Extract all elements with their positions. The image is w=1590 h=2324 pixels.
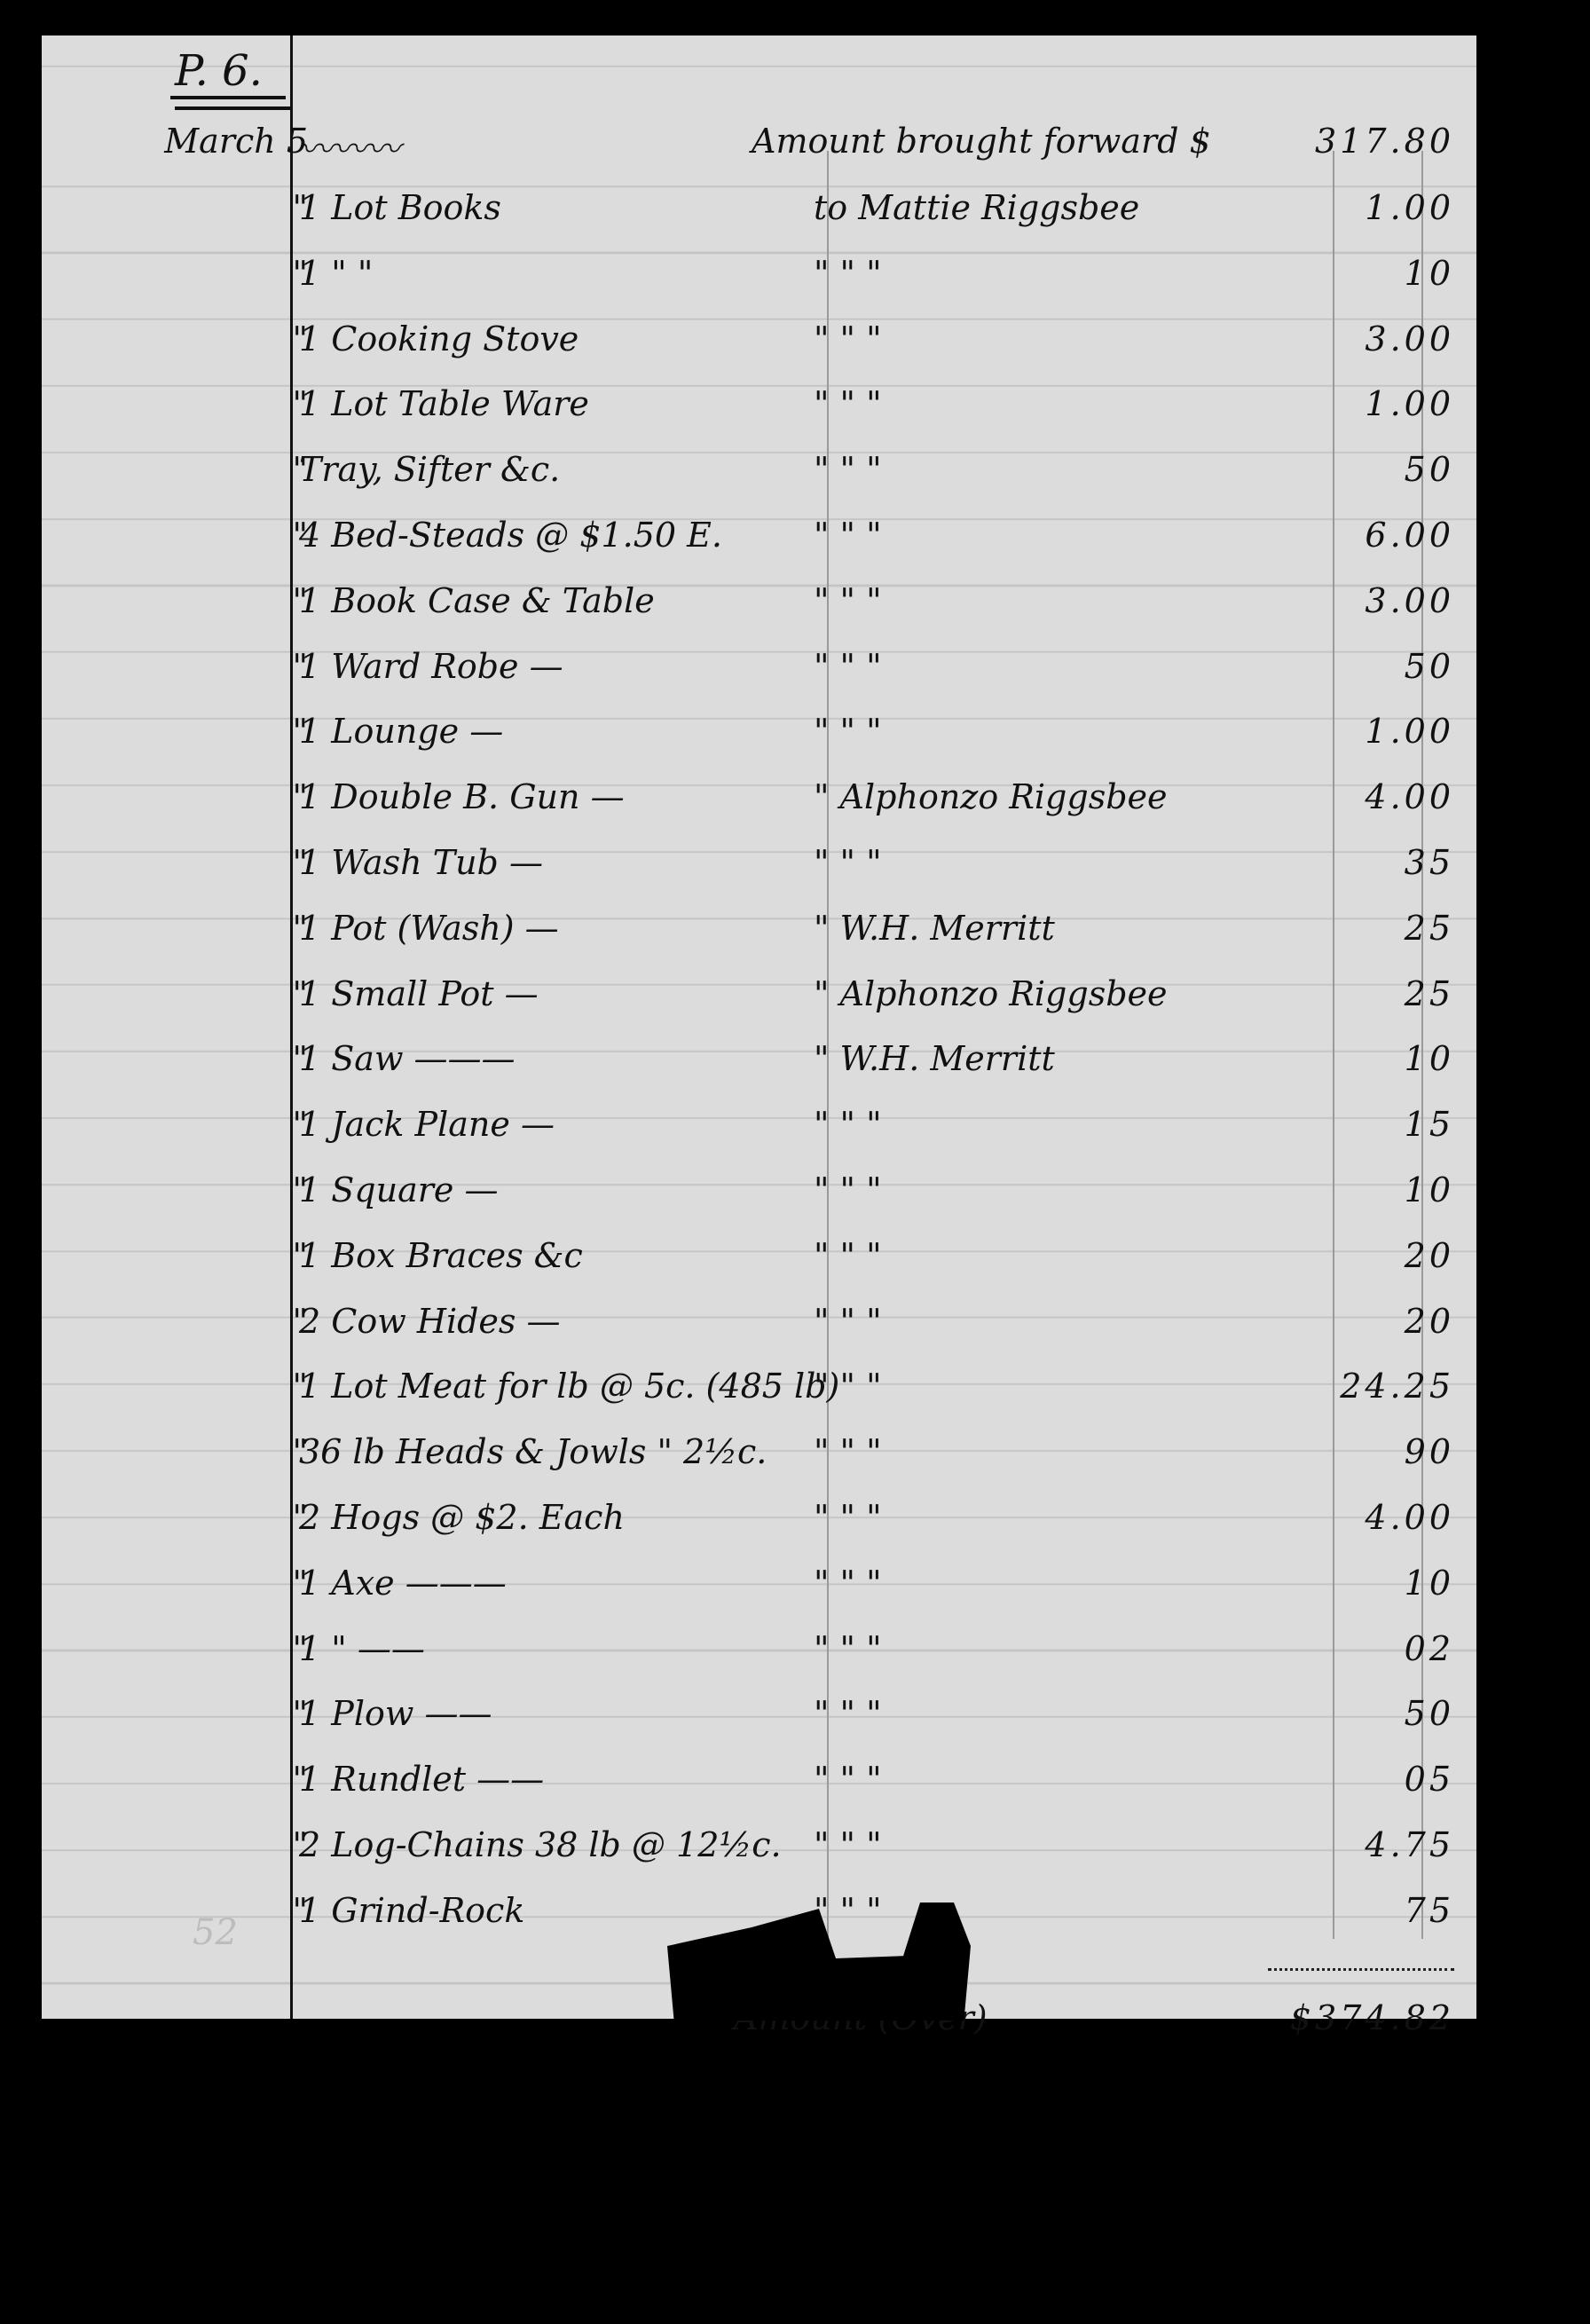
row-amount: 90 [1277, 1432, 1454, 1471]
row-buyer: " " " [814, 450, 1293, 489]
row-amount: 24.25 [1277, 1367, 1454, 1406]
row-amount: 3.00 [1277, 581, 1454, 620]
row-description: 1 Axe ——— [299, 1564, 507, 1603]
row-amount: 50 [1277, 1694, 1454, 1733]
row-date: " [95, 1629, 308, 1668]
row-date: " [95, 1694, 308, 1733]
row-buyer: " " " [814, 581, 1293, 620]
row-amount: 05 [1277, 1760, 1454, 1799]
ledger-row: "1 Lot Table Ware" " "1.00 [42, 374, 1476, 439]
row-date: " [95, 1236, 308, 1275]
row-amount: 50 [1277, 450, 1454, 489]
row-amount: 4.00 [1277, 1498, 1454, 1537]
row-description: 2 Hogs @ $2. Each [299, 1498, 625, 1537]
row-buyer: " " " [814, 647, 1293, 686]
header-description: Amount brought forward $ [752, 122, 1231, 161]
ledger-row: "1 Book Case & Table" " "3.00 [42, 571, 1476, 636]
row-amount: 75 [1277, 1891, 1454, 1930]
header-date: March 5 [95, 122, 308, 161]
row-amount: 25 [1277, 909, 1454, 948]
row-description: 1 " " [299, 254, 373, 293]
ledger-row: "Tray, Sifter &c." " "50 [42, 439, 1476, 505]
total-amount: $374.82 [1277, 1998, 1454, 2037]
row-description: 1 Jack Plane — [299, 1105, 555, 1144]
row-buyer: " " " [814, 254, 1293, 293]
row-buyer: " " " [814, 1564, 1293, 1603]
row-date: " [95, 843, 308, 882]
row-date: " [95, 319, 308, 358]
row-date: " [95, 1825, 308, 1864]
ledger-page: P. 6. March 5 〰〰〰 Amount brought forward… [42, 35, 1476, 2019]
row-date: " [95, 1367, 308, 1406]
ledger-row: "1 Lot Meat for lb @ 5c. (485 lb)" " "24… [42, 1356, 1476, 1422]
row-amount: 10 [1277, 1564, 1454, 1603]
row-amount: 4.00 [1277, 777, 1454, 816]
ledger-row: "1 Plow ——" " "50 [42, 1683, 1476, 1749]
row-buyer: " " " [814, 1302, 1293, 1341]
ledger-row: "1 Wash Tub —" " "35 [42, 832, 1476, 898]
row-date: " [95, 712, 308, 751]
row-buyer: " Alphonzo Riggsbee [814, 974, 1293, 1013]
row-description: 4 Bed-Steads @ $1.50 E. [299, 516, 722, 555]
row-amount: 20 [1277, 1302, 1454, 1341]
row-amount: 3.00 [1277, 319, 1454, 358]
row-date: " [95, 1564, 308, 1603]
row-amount: 6.00 [1277, 516, 1454, 555]
row-description: 1 Lounge — [299, 712, 503, 751]
row-buyer: " " " [814, 1170, 1293, 1209]
total-rule [1268, 1966, 1454, 1971]
ledger-row: "1 Pot (Wash) —" W.H. Merritt25 [42, 898, 1476, 964]
row-amount: 25 [1277, 974, 1454, 1013]
row-buyer: " " " [814, 843, 1293, 882]
ledger-row: "1 Double B. Gun —" Alphonzo Riggsbee4.0… [42, 767, 1476, 832]
row-buyer: " " " [814, 1367, 1293, 1406]
row-date: " [95, 777, 308, 816]
ledger-row: "1 Square —" " "10 [42, 1160, 1476, 1225]
row-date: " [95, 450, 308, 489]
row-date: " [95, 647, 308, 686]
row-date: " [95, 384, 308, 423]
row-buyer: " W.H. Merritt [814, 1039, 1293, 1078]
row-buyer: " " " [814, 712, 1293, 751]
row-description: 1 Rundlet —— [299, 1760, 544, 1799]
row-buyer: " " " [814, 319, 1293, 358]
row-buyer: " " " [814, 1629, 1293, 1668]
row-description: 1 Wash Tub — [299, 843, 543, 882]
row-buyer: " " " [814, 1825, 1293, 1864]
page-number-underline [175, 106, 290, 110]
page-number-underline [170, 96, 286, 99]
row-description: 1 Double B. Gun — [299, 777, 625, 816]
ledger-row: "1 Small Pot —" Alphonzo Riggsbee25 [42, 964, 1476, 1029]
ledger-row: "1 Lounge —" " "1.00 [42, 701, 1476, 767]
row-description: 1 Grind-Rock [299, 1891, 524, 1930]
ledger-row: "1 Saw ———" W.H. Merritt10 [42, 1028, 1476, 1094]
row-date: " [95, 516, 308, 555]
row-date: " [95, 1105, 308, 1144]
row-description: 1 Pot (Wash) — [299, 909, 559, 948]
row-description: 1 Lot Books [299, 188, 501, 227]
row-description: 1 " —— [299, 1629, 425, 1668]
row-description: 1 Ward Robe — [299, 647, 563, 686]
row-buyer: " " " [814, 1498, 1293, 1537]
row-description: 2 Log-Chains 38 lb @ 12½c. [299, 1825, 782, 1864]
header-row: March 5 〰〰〰 Amount brought forward $ 317… [42, 111, 1476, 177]
ledger-row: "1 " ——" " "02 [42, 1619, 1476, 1684]
row-date: " [95, 1760, 308, 1799]
row-date: " [95, 1039, 308, 1078]
row-date: " [95, 188, 308, 227]
row-buyer: " " " [814, 384, 1293, 423]
row-buyer: " W.H. Merritt [814, 909, 1293, 948]
ledger-row: "36 lb Heads & Jowls " 2½c." " "90 [42, 1422, 1476, 1487]
ledger-row: "1 Ward Robe —" " "50 [42, 636, 1476, 702]
row-amount: 15 [1277, 1105, 1454, 1144]
row-description: 1 Small Pot — [299, 974, 539, 1013]
ledger-row: "1 Jack Plane —" " "15 [42, 1094, 1476, 1160]
row-date: " [95, 254, 308, 293]
row-date: " [95, 909, 308, 948]
row-amount: 10 [1277, 1170, 1454, 1209]
row-date: " [95, 974, 308, 1013]
row-description: 1 Box Braces &c [299, 1236, 583, 1275]
row-description: 2 Cow Hides — [299, 1302, 561, 1341]
row-buyer: " " " [814, 1236, 1293, 1275]
row-description: 1 Lot Table Ware [299, 384, 589, 423]
row-buyer: " " " [814, 1760, 1293, 1799]
row-amount: 10 [1277, 1039, 1454, 1078]
row-description: 1 Lot Meat for lb @ 5c. (485 lb) [299, 1367, 839, 1406]
header-squiggle: 〰〰〰 [299, 122, 400, 170]
ledger-row: "1 Lot Booksto Mattie Riggsbee1.00 [42, 177, 1476, 243]
header-amount: 317.80 [1277, 122, 1454, 161]
row-amount: 20 [1277, 1236, 1454, 1275]
ledger-row: "2 Hogs @ $2. Each" " "4.00 [42, 1487, 1476, 1553]
ledger-row: "2 Log-Chains 38 lb @ 12½c." " "4.75 [42, 1815, 1476, 1880]
ledger-row: "2 Cow Hides —" " "20 [42, 1291, 1476, 1357]
ledger-row: "1 Cooking Stove" " "3.00 [42, 309, 1476, 374]
row-description: 1 Book Case & Table [299, 581, 655, 620]
row-date: " [95, 1498, 308, 1537]
row-amount: 4.75 [1277, 1825, 1454, 1864]
ledger-row: "1 Axe ———" " "10 [42, 1553, 1476, 1619]
row-date: " [95, 581, 308, 620]
ledger-row: "1 Box Braces &c" " "20 [42, 1225, 1476, 1291]
row-amount: 1.00 [1277, 384, 1454, 423]
row-description: 36 lb Heads & Jowls " 2½c. [299, 1432, 767, 1471]
row-buyer: " " " [814, 1694, 1293, 1733]
row-amount: 35 [1277, 843, 1454, 882]
faint-margin-mark: 52 [193, 1912, 238, 1953]
row-buyer: " " " [814, 1432, 1293, 1471]
row-buyer: " Alphonzo Riggsbee [814, 777, 1293, 816]
row-amount: 1.00 [1277, 712, 1454, 751]
row-buyer: " " " [814, 1105, 1293, 1144]
row-date: " [95, 1432, 308, 1471]
row-description: 1 Saw ——— [299, 1039, 516, 1078]
ledger-row: "4 Bed-Steads @ $1.50 E." " "6.00 [42, 505, 1476, 571]
row-description: 1 Plow —— [299, 1694, 492, 1733]
row-amount: 1.00 [1277, 188, 1454, 227]
row-buyer: " " " [814, 1891, 1293, 1930]
page-number: P. 6. [175, 46, 263, 96]
row-description: 1 Square — [299, 1170, 498, 1209]
row-amount: 50 [1277, 647, 1454, 686]
ledger-row: "1 Rundlet ——" " "05 [42, 1749, 1476, 1815]
row-date: " [95, 1170, 308, 1209]
row-buyer: " " " [814, 516, 1293, 555]
row-amount: 02 [1277, 1629, 1454, 1668]
row-date: " [95, 1302, 308, 1341]
row-description: 1 Cooking Stove [299, 319, 579, 358]
row-amount: 10 [1277, 254, 1454, 293]
row-description: Tray, Sifter &c. [299, 450, 560, 489]
row-buyer: to Mattie Riggsbee [814, 188, 1293, 227]
ledger-row: "1 " "" " "10 [42, 243, 1476, 309]
